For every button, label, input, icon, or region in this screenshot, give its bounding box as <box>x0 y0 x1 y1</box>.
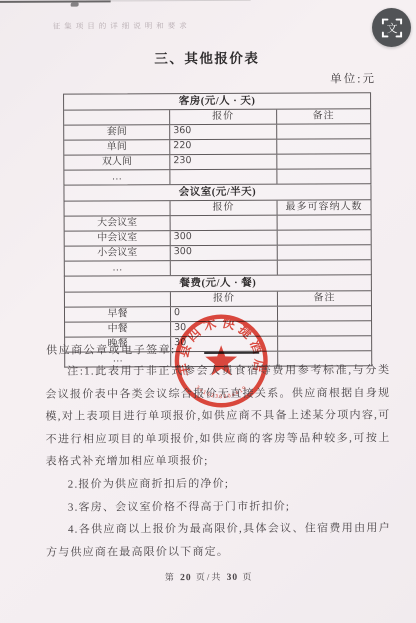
page-number-footer: 第 20 页/共 30 页 <box>1 569 416 584</box>
remark-cell <box>277 321 371 335</box>
header-price-cell: 报价 <box>169 110 276 124</box>
price-cell <box>170 216 277 230</box>
notes-section: 注:1.此表用于非正式参会人员食宿等费用参考标准,与分类会议报价表中各类会议综合… <box>45 359 391 564</box>
footer-current-page: 20 <box>180 573 192 583</box>
capacity-cell <box>277 230 371 244</box>
table-row: 单间 220 <box>64 138 370 154</box>
page-title: 三、其他报价表 <box>0 46 415 68</box>
header-item-cell <box>65 201 170 215</box>
price-cell: 300 <box>170 246 277 260</box>
header-item-cell <box>64 110 169 124</box>
table-row: … <box>65 259 371 275</box>
footer-middle: 页/共 <box>196 572 223 582</box>
table-header-row: 报价 最多可容纳人数 <box>65 199 371 215</box>
price-cell: 230 <box>169 155 276 169</box>
table-band-title: 餐费(元/人 · 餐) <box>65 275 371 291</box>
table-band-title: 会议室(元/半天) <box>64 184 370 200</box>
scanned-document-page: 征集项目的详细说明和要求 三、其他报价表 单位:元 客房(元/人 · 天) 报价… <box>0 0 416 623</box>
price-cell: 300 <box>170 231 277 245</box>
row-label-cell: 早餐 <box>65 307 170 321</box>
row-label-cell: 小会议室 <box>65 246 170 260</box>
page-content: 征集项目的详细说明和要求 三、其他报价表 单位:元 客房(元/人 · 天) 报价… <box>0 0 416 623</box>
header-price-cell: 报价 <box>170 292 277 306</box>
capacity-cell <box>277 215 371 229</box>
capacity-cell <box>277 260 371 274</box>
table-row: 小会议室 300 <box>65 244 371 260</box>
price-cell <box>169 170 276 184</box>
table-row: 大会议室 <box>65 214 371 230</box>
header-remark-cell: 备注 <box>277 291 371 305</box>
note-paragraph-4: 4.各供应商以上报价为最高限价,具体会议、住宿费用由用户方与供应商在最高限价以下… <box>46 517 391 564</box>
remark-cell <box>276 124 370 138</box>
footer-total-pages: 30 <box>227 573 239 583</box>
scan-edge-artifact-faint <box>111 0 251 1</box>
row-label-cell: 套间 <box>64 125 169 139</box>
row-label-cell: 单间 <box>64 140 169 154</box>
scan-translate-icon: 文 <box>379 15 405 41</box>
table-row: 套间 360 <box>64 123 370 139</box>
remark-cell <box>277 336 371 350</box>
header-price-cell: 报价 <box>170 201 277 215</box>
footer-suffix: 页 <box>242 572 253 582</box>
scan-smudge-mark <box>71 3 79 7</box>
row-label-cell: … <box>65 261 170 275</box>
note-paragraph-3: 3.客房、会议室价格不得高于门市折扣价; <box>46 495 391 519</box>
header-capacity-cell: 最多可容纳人数 <box>277 200 371 214</box>
price-cell: 220 <box>169 140 276 154</box>
meeting-room-table: 会议室(元/半天) 报价 最多可容纳人数 大会议室 中会议室 300 <box>63 184 371 276</box>
row-label-cell: 双人间 <box>64 155 169 169</box>
remark-cell <box>276 154 370 168</box>
guest-room-table: 客房(元/人 · 天) 报价 备注 套间 360 单间 220 双人 <box>63 92 371 185</box>
unit-label: 单位:元 <box>330 70 376 86</box>
remark-cell <box>276 139 370 153</box>
row-label-cell: … <box>64 170 169 184</box>
remark-cell <box>276 169 370 183</box>
header-remark-cell: 备注 <box>276 109 370 123</box>
row-label-cell: 中会议室 <box>65 231 170 245</box>
supplier-seal-label: 供应商公章或电子签章: <box>46 341 176 358</box>
table-band-title: 客房(元/人 · 天) <box>64 93 370 109</box>
note-paragraph-1: 注:1.此表用于非正式参会人员食宿等费用参考标准,与分类会议报价表中各类会议综合… <box>45 359 390 473</box>
table-row: 中会议室 300 <box>65 229 371 245</box>
price-cell: 360 <box>169 125 276 139</box>
note-paragraph-2: 2.报价为供应商折扣后的净价; <box>46 472 391 496</box>
table-header-row: 报价 备注 <box>65 290 371 306</box>
table-row: 双人间 230 <box>64 153 370 169</box>
price-cell <box>170 261 277 275</box>
footer-prefix: 第 <box>165 572 176 582</box>
table-header-row: 报价 备注 <box>64 108 370 124</box>
row-label-cell: 大会议室 <box>65 216 170 230</box>
scan-glyph: 文 <box>386 21 397 34</box>
header-item-cell <box>65 292 170 306</box>
row-label-cell: 中餐 <box>65 322 170 336</box>
capacity-cell <box>277 245 371 259</box>
remark-cell <box>277 306 371 320</box>
scan-translate-button[interactable]: 文 <box>372 8 411 47</box>
table-row: … <box>64 168 370 184</box>
scan-edge-artifact <box>0 0 111 2</box>
running-header: 征集项目的详细说明和要求 <box>53 20 191 32</box>
